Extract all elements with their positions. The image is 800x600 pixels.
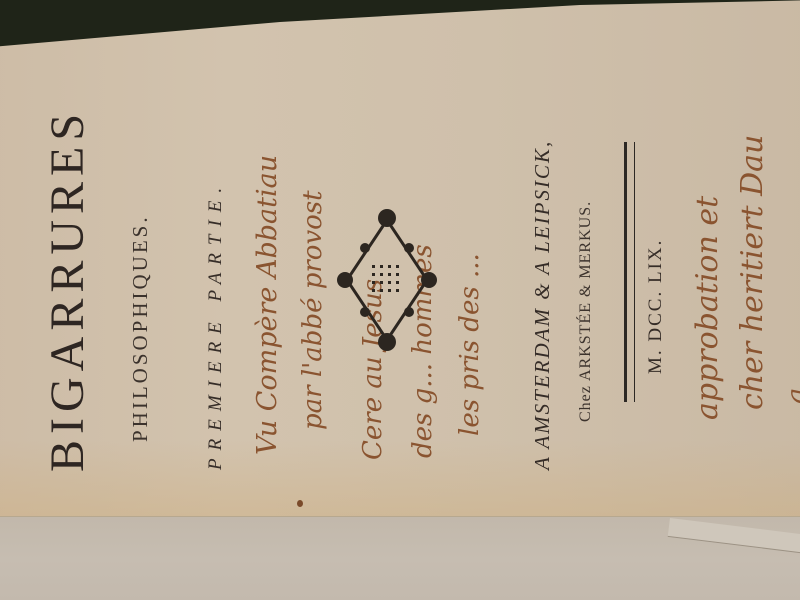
imprint-place: A AMSTERDAM & A LEIPSICK, — [530, 140, 555, 470]
handwritten-line: ... a ... — [780, 352, 800, 440]
part-label: PREMIERE PARTIE. — [205, 180, 227, 470]
book-subtitle: PHILOSOPHIQUES. — [128, 214, 153, 442]
handwritten-line: cher heritiert Dau — [735, 135, 770, 410]
fleuron-ornament-icon — [322, 205, 452, 355]
ink-spot — [297, 500, 303, 507]
handwritten-line: les pris des ... — [455, 253, 485, 436]
handwritten-line: approbation et — [690, 196, 725, 420]
publication-year: M. DCC. LIX. — [645, 239, 667, 374]
page-stain — [0, 440, 800, 520]
book-title: BIGARRURES — [40, 108, 95, 472]
imprint-printer: Chez ARKSTÉE & MERKUS. — [577, 201, 595, 422]
handwritten-line: Vu Compère Abbatiau — [252, 155, 283, 455]
double-rule — [624, 142, 635, 402]
